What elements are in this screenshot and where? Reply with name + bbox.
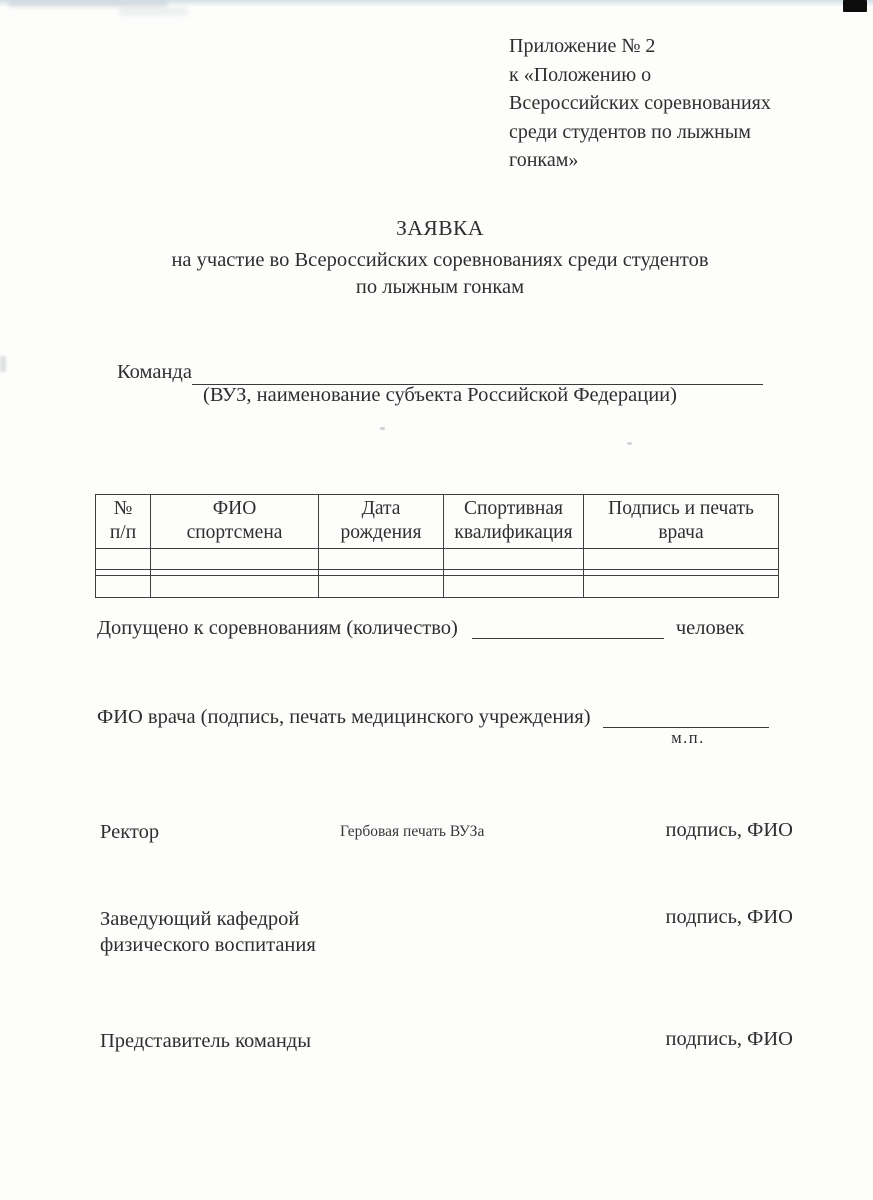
scan-speck xyxy=(627,442,632,445)
admitted-line: Допущено к соревнованиям (количество) че… xyxy=(97,611,769,641)
signature-placeholder: подпись, ФИО xyxy=(665,1028,793,1051)
column-header-birth-date: Дата рождения xyxy=(319,495,444,549)
scan-corner-mark xyxy=(843,0,867,12)
table-cell xyxy=(96,576,151,598)
table-row xyxy=(96,576,779,598)
column-header-text: п/п xyxy=(98,521,148,545)
column-header-text: Дата xyxy=(321,497,441,521)
table-cell xyxy=(584,549,779,570)
team-blank-line xyxy=(192,355,763,385)
column-header-text: Спортивная xyxy=(446,497,581,521)
appendix-note-line: гонкам» xyxy=(509,146,799,175)
scanned-application-form: Приложение № 2 к «Положению о Всероссийс… xyxy=(0,0,873,1200)
roster-header-row: № п/п ФИО спортсмена Дата рождения Спорт… xyxy=(96,495,779,549)
signature-role: Ректор xyxy=(100,819,159,845)
table-cell xyxy=(151,576,319,598)
appendix-note-line: среди студентов по лыжным xyxy=(509,118,799,147)
table-cell xyxy=(319,576,444,598)
column-header-doctor-signature: Подпись и печать врача xyxy=(584,495,779,549)
document-title: ЗАЯВКА xyxy=(110,216,770,241)
signature-row-team-representative: Представитель команды подпись, ФИО xyxy=(97,1028,793,1056)
signature-role: Представитель команды xyxy=(100,1028,311,1054)
document-subtitle-line2: по лыжным гонкам xyxy=(110,274,770,301)
signature-row-rector: Ректор Гербовая печать ВУЗа подпись, ФИО xyxy=(97,819,793,847)
document-subtitle-line1: на участие во Всероссийских соревнования… xyxy=(110,247,770,274)
column-header-text: квалификация xyxy=(446,521,581,545)
table-row xyxy=(96,549,779,570)
university-seal-note: Гербовая печать ВУЗа xyxy=(340,823,484,841)
table-cell xyxy=(151,549,319,570)
table-cell xyxy=(444,576,584,598)
stamp-place-mark: м.п. xyxy=(608,728,768,748)
signature-placeholder: подпись, ФИО xyxy=(665,906,793,929)
signature-role: Заведующий кафедрой физического воспитан… xyxy=(100,906,316,958)
column-header-text: ФИО xyxy=(153,497,316,521)
signature-row-department-head: Заведующий кафедрой физического воспитан… xyxy=(97,906,793,960)
signature-role-line2: физического воспитания xyxy=(100,934,316,956)
roster-table: № п/п ФИО спортсмена Дата рождения Спорт… xyxy=(95,494,779,598)
admitted-label: Допущено к соревнованиям (количество) xyxy=(97,615,458,641)
team-line: Команда xyxy=(117,356,763,385)
column-header-text: спортсмена xyxy=(153,521,316,545)
doctor-label: ФИО врача (подпись, печать медицинского … xyxy=(97,704,591,730)
table-cell xyxy=(444,549,584,570)
column-header-qualification: Спортивная квалификация xyxy=(444,495,584,549)
admitted-blank-line xyxy=(472,612,664,639)
scan-smudge xyxy=(118,7,188,16)
signature-placeholder: подпись, ФИО xyxy=(665,819,793,842)
appendix-note-line: к «Положению о xyxy=(509,61,799,90)
doctor-blank-line xyxy=(603,701,769,728)
table-cell xyxy=(96,549,151,570)
appendix-note-line: Приложение № 2 xyxy=(509,32,799,61)
team-caption: (ВУЗ, наименование субъекта Российской Ф… xyxy=(140,384,740,407)
signature-role-line1: Заведующий кафедрой xyxy=(100,908,299,930)
column-header-text: № xyxy=(98,497,148,521)
appendix-note-line: Всероссийских соревнованиях xyxy=(509,89,799,118)
admitted-suffix: человек xyxy=(676,615,745,641)
team-label: Команда xyxy=(117,359,192,385)
column-header-text: Подпись и печать врача xyxy=(586,497,776,544)
scan-speck xyxy=(380,427,385,430)
title-block: ЗАЯВКА на участие во Всероссийских сорев… xyxy=(110,216,770,301)
column-header-text: рождения xyxy=(321,521,441,545)
doctor-line: ФИО врача (подпись, печать медицинского … xyxy=(97,700,769,730)
appendix-note: Приложение № 2 к «Положению о Всероссийс… xyxy=(509,32,799,175)
table-cell xyxy=(584,576,779,598)
column-header-number: № п/п xyxy=(96,495,151,549)
scan-edge-mark xyxy=(0,356,6,372)
column-header-athlete-name: ФИО спортсмена xyxy=(151,495,319,549)
table-cell xyxy=(319,549,444,570)
